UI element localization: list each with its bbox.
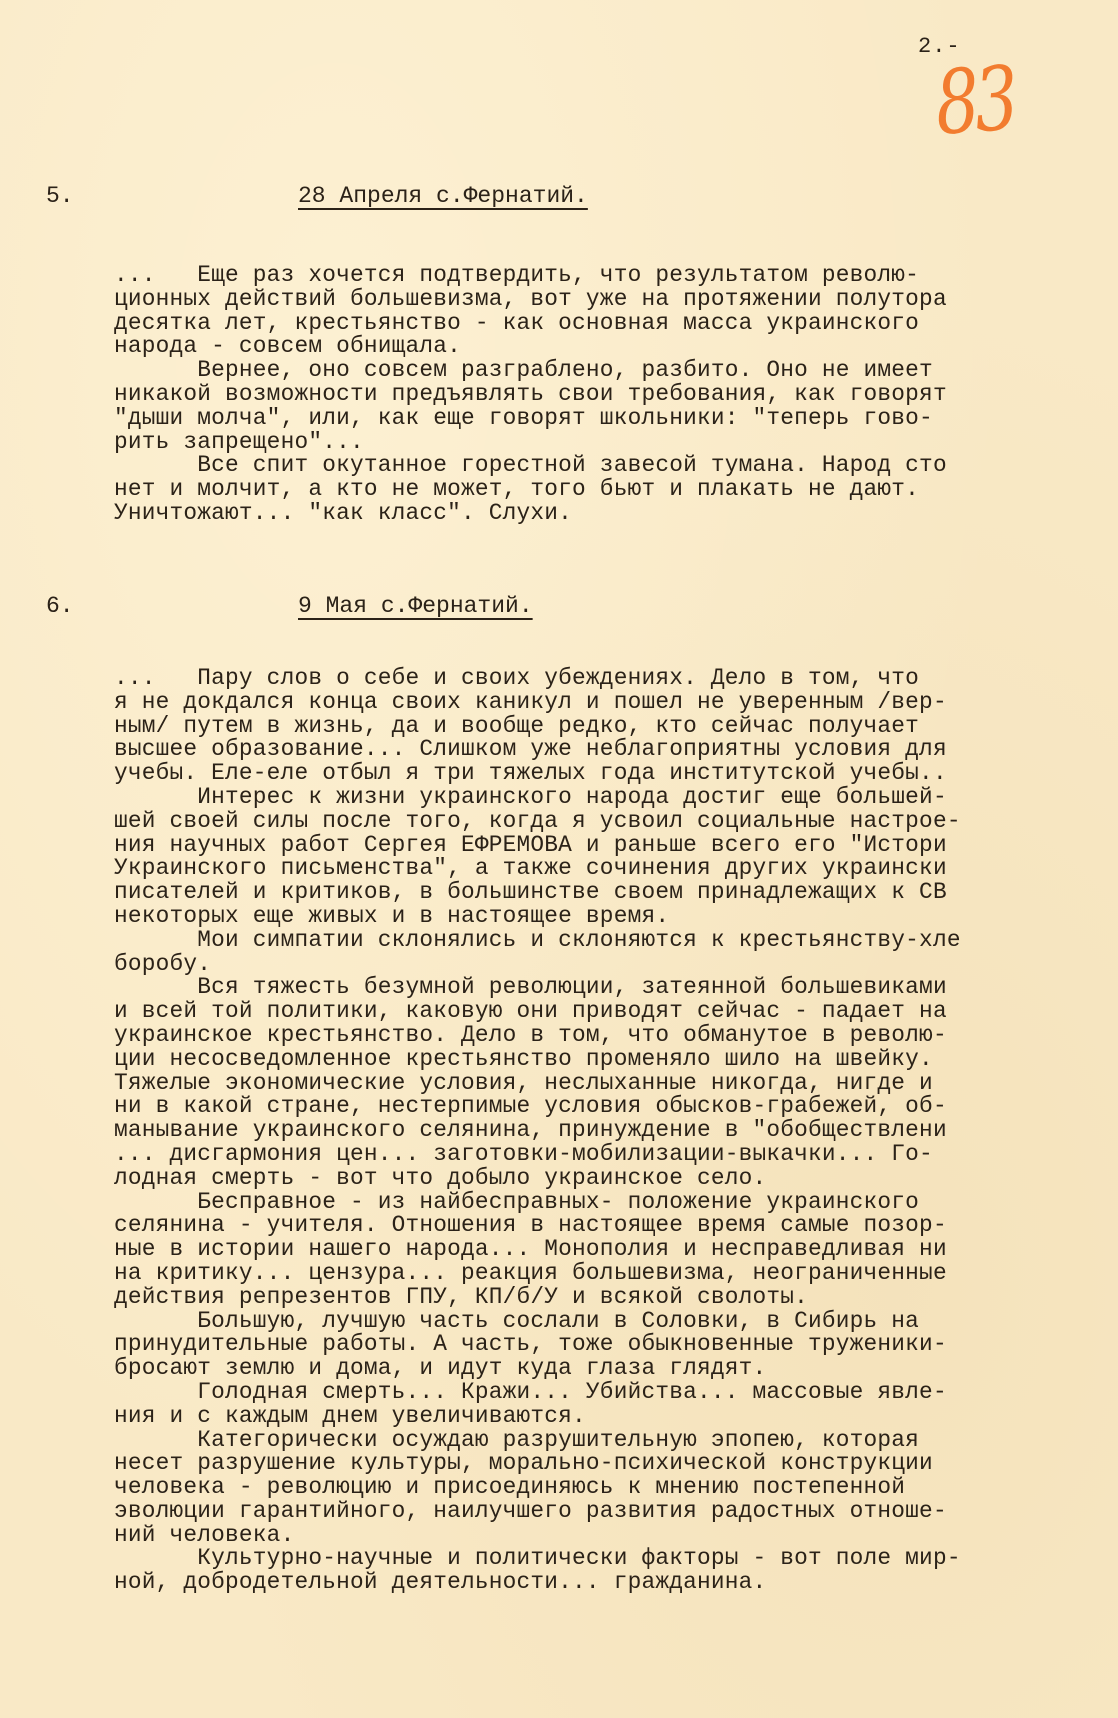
- text-line: "дыши молча", или, как еще говорят школь…: [114, 407, 1118, 431]
- text-line: эволюции гарантийного, наилучшего развит…: [114, 1500, 1118, 1524]
- text-line: Уничтожают... "как класс". Слухи.: [114, 502, 1118, 526]
- text-line: нет и молчит, а кто не может, того бьют …: [114, 478, 1118, 502]
- text-line: ... Пару слов о себе и своих убеждениях.…: [114, 667, 1118, 691]
- text-line: человека - революцию и присоединяюсь к м…: [114, 1476, 1118, 1500]
- text-line: ния научных работ Сергея ЕФРЕМОВА и рань…: [114, 834, 1118, 858]
- text-line: ным/ путем в жизнь, да и вообще редко, к…: [114, 715, 1118, 739]
- text-line: принудительные работы. А часть, тоже обы…: [114, 1333, 1118, 1357]
- text-line: Интерес к жизни украинского народа дости…: [114, 786, 1118, 810]
- text-line: Культурно-научные и политически факторы …: [114, 1547, 1118, 1571]
- text-line: Большую, лучшую часть сослали в Соловки,…: [114, 1310, 1118, 1334]
- text-line: Вернее, оно совсем разграблено, разбито.…: [114, 359, 1118, 383]
- text-line: манывание украинского селянина, принужде…: [114, 1119, 1118, 1143]
- typewritten-document-page: 2.- 83 5. 28 Апреля с.Фернатий. ... Еще …: [0, 0, 1118, 1718]
- text-line: ... Еще раз хочется подтвердить, что рез…: [114, 264, 1118, 288]
- text-line: ции несосведомленное крестьянство промен…: [114, 1048, 1118, 1072]
- text-line: Категорически осуждаю разрушительную эпо…: [114, 1429, 1118, 1453]
- entry-body: ... Еще раз хочется подтвердить, что рез…: [114, 264, 1118, 526]
- text-line: несет разрушение культуры, морально-псих…: [114, 1452, 1118, 1476]
- text-line: ... дисгармония цен... заготовки-мобилиз…: [114, 1143, 1118, 1167]
- text-line: некоторых еще живых и в настоящее время.: [114, 905, 1118, 929]
- text-line: бросают землю и дома, и идут куда глаза …: [114, 1357, 1118, 1381]
- text-line: учебы. Еле-еле отбыл я три тяжелых года …: [114, 762, 1118, 786]
- text-line: селянина - учителя. Отношения в настояще…: [114, 1214, 1118, 1238]
- text-line: ния и с каждым днем увеличиваются.: [114, 1405, 1118, 1429]
- entry-title: 28 Апреля с.Фернатий.: [298, 183, 588, 209]
- text-line: Мои симпатии склонялись и склоняются к к…: [114, 929, 1118, 953]
- text-line: десятка лет, крестьянство - как основная…: [114, 312, 1118, 336]
- text-line: народа - совсем обнищала.: [114, 335, 1118, 359]
- text-line: Вся тяжесть безумной революции, затеянно…: [114, 976, 1118, 1000]
- text-line: никакой возможности предъявлять свои тре…: [114, 383, 1118, 407]
- text-line: украинское крестьянство. Дело в том, что…: [114, 1024, 1118, 1048]
- text-line: высшее образование... Слишком уже неблаг…: [114, 738, 1118, 762]
- text-line: Голодная смерть... Кражи... Убийства... …: [114, 1381, 1118, 1405]
- text-line: ные в истории нашего народа... Монополия…: [114, 1238, 1118, 1262]
- text-line: боробу.: [114, 953, 1118, 977]
- text-line: рить запрещено"...: [114, 431, 1118, 455]
- text-line: Все спит окутанное горестной завесой тум…: [114, 454, 1118, 478]
- text-line: ной, добродетельной деятельности... граж…: [114, 1571, 1118, 1595]
- text-line: ни в какой стране, нестерпимые условия о…: [114, 1095, 1118, 1119]
- text-line: Тяжелые экономические условия, неслыханн…: [114, 1072, 1118, 1096]
- archive-folio-number-handwritten: 83: [932, 47, 1017, 155]
- text-line: Украинского письменства", а также сочине…: [114, 857, 1118, 881]
- entry-title: 9 Мая с.Фернатий.: [298, 593, 533, 619]
- text-line: я не докдался конца своих каникул и поше…: [114, 691, 1118, 715]
- entry-number: 5.: [46, 183, 74, 209]
- text-line: действия репрезентов ГПУ, КП/б/У и всяко…: [114, 1286, 1118, 1310]
- text-line: на критику... цензура... реакция большев…: [114, 1262, 1118, 1286]
- text-line: и всей той политики, каковую они приводя…: [114, 1000, 1118, 1024]
- text-line: Бесправное - из найбесправных- положение…: [114, 1191, 1118, 1215]
- text-line: ний человека.: [114, 1524, 1118, 1548]
- text-line: шей своей силы после того, когда я усвои…: [114, 810, 1118, 834]
- text-line: ционных действий большевизма, вот уже на…: [114, 288, 1118, 312]
- entry-body: ... Пару слов о себе и своих убеждениях.…: [114, 667, 1118, 1595]
- entry-number: 6.: [46, 593, 74, 619]
- text-line: писателей и критиков, в большинстве свое…: [114, 881, 1118, 905]
- text-line: лодная смерть - вот что добыло украинско…: [114, 1167, 1118, 1191]
